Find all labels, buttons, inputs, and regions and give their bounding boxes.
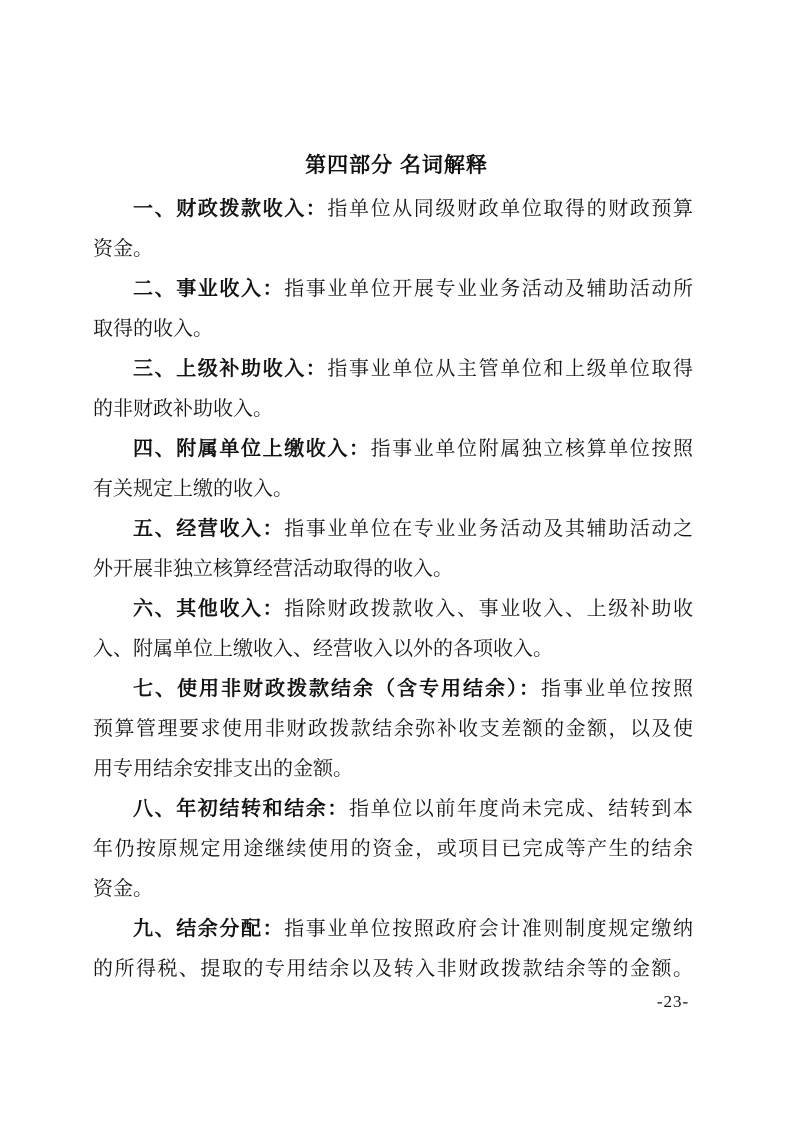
text-line: 的非财政补助收入。 xyxy=(93,389,693,429)
text-line: 年仍按原规定用途继续使用的资金，或项目已完成等产生的结余 xyxy=(93,829,693,869)
document-page: 第四部分 名词解释 一、财政拨款收入：指单位从同级财政单位取得的财政预算 资金。… xyxy=(0,0,793,1122)
definition-text: 的非财政补助收入。 xyxy=(93,398,273,420)
definition-item: 七、使用非财政拨款结余（含专用结余）：指事业单位按照 预算管理要求使用非财政拨款… xyxy=(93,669,693,789)
definition-text: 用专用结余安排支出的金额。 xyxy=(93,758,353,780)
definition-item: 四、附属单位上缴收入：指事业单位附属独立核算单位按照 有关规定上缴的收入。 xyxy=(93,429,693,509)
text-line: 用专用结余安排支出的金额。 xyxy=(93,749,693,789)
definition-text: 入、附属单位上缴收入、经营收入以外的各项收入。 xyxy=(93,638,553,660)
definition-text: 指事业单位按照 xyxy=(541,678,693,700)
definition-item: 九、结余分配：指事业单位按照政府会计准则制度规定缴纳 的所得税、提取的专用结余以… xyxy=(93,909,693,989)
definition-text: 预算管理要求使用非财政拨款结余弥补收支差额的金额，以及使 xyxy=(93,718,693,740)
definition-text: 指单位从同级财政单位取得的财政预算 xyxy=(327,198,693,220)
text-line: 三、上级补助收入：指事业单位从主管单位和上级单位取得 xyxy=(93,349,693,389)
term-label: 四、附属单位上缴收入： xyxy=(133,438,371,460)
definition-text: 外开展非独立核算经营活动取得的收入。 xyxy=(93,558,453,580)
text-line: 的所得税、提取的专用结余以及转入非财政拨款结余等的金额。 xyxy=(93,949,693,989)
term-label: 一、财政拨款收入： xyxy=(133,198,327,220)
text-line: 资金。 xyxy=(93,229,693,269)
definition-item: 五、经营收入：指事业单位在专业业务活动及其辅助活动之 外开展非独立核算经营活动取… xyxy=(93,509,693,589)
text-line: 入、附属单位上缴收入、经营收入以外的各项收入。 xyxy=(93,629,693,669)
definition-text: 指除财政拨款收入、事业收入、上级补助收 xyxy=(284,598,693,620)
definition-text: 年仍按原规定用途继续使用的资金，或项目已完成等产生的结余 xyxy=(93,838,693,860)
term-label: 八、年初结转和结余： xyxy=(133,798,349,820)
definition-text: 有关规定上缴的收入。 xyxy=(93,478,293,500)
text-line: 五、经营收入：指事业单位在专业业务活动及其辅助活动之 xyxy=(93,509,693,549)
text-line: 预算管理要求使用非财政拨款结余弥补收支差额的金额，以及使 xyxy=(93,709,693,749)
term-label: 六、其他收入： xyxy=(133,598,284,620)
text-line: 资金。 xyxy=(93,869,693,909)
definition-text: 资金。 xyxy=(93,238,153,260)
text-line: 七、使用非财政拨款结余（含专用结余）：指事业单位按照 xyxy=(93,669,693,709)
text-line: 取得的收入。 xyxy=(93,309,693,349)
page-number: -23- xyxy=(643,992,703,1012)
term-label: 三、上级补助收入： xyxy=(133,358,327,380)
text-line: 有关规定上缴的收入。 xyxy=(93,469,693,509)
text-line: 一、财政拨款收入：指单位从同级财政单位取得的财政预算 xyxy=(93,189,693,229)
definition-item: 八、年初结转和结余：指单位以前年度尚未完成、结转到本 年仍按原规定用途继续使用的… xyxy=(93,789,693,909)
text-line: 六、其他收入：指除财政拨款收入、事业收入、上级补助收 xyxy=(93,589,693,629)
definition-item: 六、其他收入：指除财政拨款收入、事业收入、上级补助收 入、附属单位上缴收入、经营… xyxy=(93,589,693,669)
term-label: 九、结余分配： xyxy=(133,918,284,940)
text-line: 八、年初结转和结余：指单位以前年度尚未完成、结转到本 xyxy=(93,789,693,829)
definition-text: 的所得税、提取的专用结余以及转入非财政拨款结余等的金额。 xyxy=(93,958,693,980)
definition-item: 一、财政拨款收入：指单位从同级财政单位取得的财政预算 资金。 xyxy=(93,189,693,269)
definition-text: 取得的收入。 xyxy=(93,318,213,340)
definition-text: 指事业单位在专业业务活动及其辅助活动之 xyxy=(284,518,693,540)
text-line: 四、附属单位上缴收入：指事业单位附属独立核算单位按照 xyxy=(93,429,693,469)
definition-text: 指事业单位附属独立核算单位按照 xyxy=(371,438,693,460)
definition-text: 指事业单位从主管单位和上级单位取得 xyxy=(327,358,693,380)
definition-item: 三、上级补助收入：指事业单位从主管单位和上级单位取得 的非财政补助收入。 xyxy=(93,349,693,429)
document-title: 第四部分 名词解释 xyxy=(0,152,793,180)
definitions-list: 一、财政拨款收入：指单位从同级财政单位取得的财政预算 资金。 二、事业收入：指事… xyxy=(93,189,693,989)
term-label: 五、经营收入： xyxy=(133,518,284,540)
text-line: 外开展非独立核算经营活动取得的收入。 xyxy=(93,549,693,589)
definition-text: 指事业单位按照政府会计准则制度规定缴纳 xyxy=(284,918,693,940)
text-line: 九、结余分配：指事业单位按照政府会计准则制度规定缴纳 xyxy=(93,909,693,949)
term-label: 七、使用非财政拨款结余（含专用结余）： xyxy=(133,678,541,700)
definition-text: 指事业单位开展专业业务活动及辅助活动所 xyxy=(284,278,693,300)
text-line: 二、事业收入：指事业单位开展专业业务活动及辅助活动所 xyxy=(93,269,693,309)
definition-item: 二、事业收入：指事业单位开展专业业务活动及辅助活动所 取得的收入。 xyxy=(93,269,693,349)
term-label: 二、事业收入： xyxy=(133,278,284,300)
definition-text: 资金。 xyxy=(93,878,153,900)
definition-text: 指单位以前年度尚未完成、结转到本 xyxy=(349,798,693,820)
